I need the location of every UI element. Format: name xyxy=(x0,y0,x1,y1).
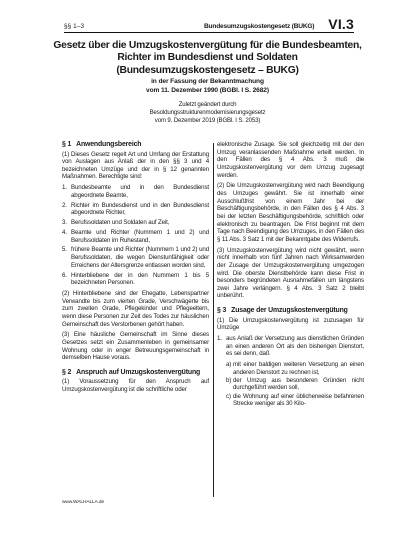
section-3-heading: § 3 Zusage der Umzugskostenvergütung xyxy=(217,307,364,315)
list-item: 1.Bundesbeamte und in den Bundesdienst a… xyxy=(62,184,209,199)
title-line-1: Gesetz über die Umzugskostenvergütung fü… xyxy=(53,40,361,51)
sublist-item: c)die Wohnung auf einer üblicherweise be… xyxy=(226,393,364,408)
section-2-paragraph-3: (3) Umzugskostenvergütung wird nicht gew… xyxy=(217,247,364,301)
section-title: Zusage der Umzugskostenvergütung xyxy=(231,307,364,315)
document-page: §§ 1–3 Bundesumzugskostengesetz (BUKG) V… xyxy=(0,0,415,542)
publisher-website: www.WALHALLA.de xyxy=(62,500,104,505)
section-number: § 1 xyxy=(62,141,71,149)
list-item: 2.Richter im Bundesdienst und in den Bun… xyxy=(62,202,209,217)
list-item: 5.frühere Beamte und Richter (Nummern 1 … xyxy=(62,246,209,269)
amended-line-3: vom 9. Dezember 2019 (BGBl. I S. 2053) xyxy=(155,117,260,124)
section-2-paragraph-2: (2) Die Umzugskostenvergütung wird nach … xyxy=(217,182,364,243)
relocation-cases-list: 1. aus Anlaß der Versetzung aus dienstli… xyxy=(217,335,364,358)
list-item: 4.Beamte und Richter (Nummern 1 und 2) u… xyxy=(62,229,209,244)
section-title: Anspruch auf Umzugskostenvergütung xyxy=(76,369,209,377)
left-column: § 1 Anwendungsbereich (1) Dieses Gesetz … xyxy=(62,141,209,397)
amended-line-2: Besoldungsstrukturenmodernisierungsgeset… xyxy=(150,109,266,116)
running-header: §§ 1–3 Bundesumzugskostengesetz (BUKG) V… xyxy=(64,16,354,33)
title-line-2: Richter im Bundesdienst und Soldaten xyxy=(117,52,297,63)
promulgation-line-1: in der Fassung der Bekanntmachung xyxy=(151,78,264,85)
list-item: 6.Hinterbliebene der in den Nummern 1 bi… xyxy=(62,272,209,287)
beneficiaries-list: 1.Bundesbeamte und in den Bundesdienst a… xyxy=(62,184,209,287)
right-column: elektronische Zusage. Sie soll gleichzei… xyxy=(217,141,364,408)
section-3-paragraph-1: (1) Die Umzugskostenvergütung ist zuzusa… xyxy=(217,317,364,332)
section-2-paragraph-1-continued: elektronische Zusage. Sie soll gleichzei… xyxy=(217,141,364,179)
amendment-info: Zuletzt geändert durch Besoldungsstruktu… xyxy=(40,101,375,125)
section-1-heading: § 1 Anwendungsbereich xyxy=(62,141,209,149)
section-range: §§ 1–3 xyxy=(64,23,84,30)
section-2-heading: § 2 Anspruch auf Umzugskostenvergütung xyxy=(62,369,209,377)
column-divider xyxy=(213,143,214,497)
law-title: Gesetz über die Umzugskostenvergütung fü… xyxy=(40,40,375,77)
promulgation-line-2: vom 11. Dezember 1990 (BGBl. I S. 2682) xyxy=(146,87,269,94)
list-item: 1. aus Anlaß der Versetzung aus dienstli… xyxy=(217,335,364,358)
sublist-item: a)mit einer baldigen weiteren Versetzung… xyxy=(226,361,364,376)
section-1-paragraph-2: (2) Hinterbliebene sind der Ehegatte, Le… xyxy=(62,290,209,328)
section-1-paragraph-1: (1) Dieses Gesetz regelt Art und Umfang … xyxy=(62,151,209,182)
section-1-paragraph-3: (3) Eine häusliche Gemeinschaft im Sinne… xyxy=(62,331,209,362)
promulgation-info: in der Fassung der Bekanntmachung vom 11… xyxy=(40,78,375,95)
section-number: § 2 xyxy=(62,369,71,377)
law-short-name: Bundesumzugskostengesetz (BUKG) xyxy=(204,23,314,30)
exceptions-sublist: a)mit einer baldigen weiteren Versetzung… xyxy=(217,361,364,408)
section-2-paragraph-1-start: (1) Voraussetzung für den Anspruch auf U… xyxy=(62,378,209,393)
list-item: 3.Berufssoldaten und Soldaten auf Zeit, xyxy=(62,219,209,227)
list-item-text: aus Anlaß der Versetzung aus dienstliche… xyxy=(226,335,364,357)
chapter-number: VI.3 xyxy=(328,16,354,32)
section-title: Anwendungsbereich xyxy=(76,141,209,149)
amended-line-1: Zuletzt geändert durch xyxy=(179,101,237,108)
section-number: § 3 xyxy=(217,307,226,315)
sublist-item: b)der Umzug aus besonderen Gründen nicht… xyxy=(226,377,364,392)
title-block: Gesetz über die Umzugskostenvergütung fü… xyxy=(40,40,375,125)
title-line-3: (Bundesumzugskostengesetz – BUKG) xyxy=(116,65,298,76)
